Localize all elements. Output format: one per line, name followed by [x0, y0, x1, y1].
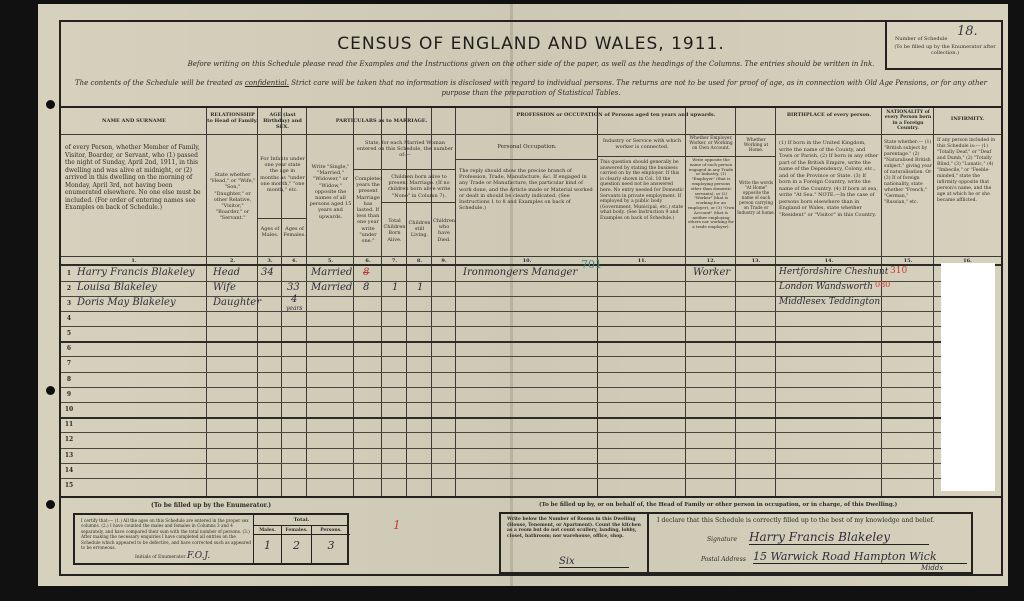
header-personal-desc: The reply should show the precise branch…: [459, 168, 595, 211]
enumerator-initials-label: Initials of Enumerator: [135, 555, 186, 560]
postal-address-value: 15 Warwick Road Hampton Wick: [753, 550, 967, 564]
row-number: 8: [64, 376, 74, 383]
row-divider: [61, 417, 941, 419]
header-nationality: NATIONALITY of every Person born in a Fo…: [882, 110, 934, 132]
colnum-12: 12.: [686, 258, 736, 264]
header-age: AGE (last Birthday) and SEX.: [258, 112, 307, 131]
totals-males-value: 1: [254, 535, 281, 552]
footer-section: (To be filled up by the Enumerator.) I c…: [61, 496, 1001, 576]
declaration-box: I declare that this Schedule is correctl…: [649, 512, 973, 574]
totals-females-cell: Females. 2: [282, 526, 312, 563]
col-years-married: [354, 108, 382, 498]
row-number: 11: [64, 421, 74, 428]
person-relationship: Head: [213, 267, 240, 278]
header-relationship-desc: State whether "Head," or "Wife," "Son," …: [209, 172, 256, 222]
header-relationship-label: RELATIONSHIP to Head of Family.: [207, 112, 258, 124]
person-children-born: 1: [392, 282, 398, 293]
row-number: 4: [64, 315, 74, 322]
header-married-woman-desc: State, for each Married Woman entered on…: [356, 140, 454, 159]
totals-persons-cell: Persons. 3: [312, 526, 350, 563]
row-divider: [61, 326, 941, 327]
header-years-married-desc: Completed years the present Marriage has…: [355, 176, 381, 244]
person-birthplace: Hertfordshire Cheshunt: [779, 267, 888, 277]
header-divider: [258, 218, 307, 219]
header-relationship: RELATIONSHIP to Head of Family.: [207, 112, 258, 124]
header-birthplace-desc: (1) If born in the United Kingdom, write…: [779, 140, 879, 218]
person-age-female: 4: [291, 294, 297, 305]
census-schedule-page: CENSUS OF ENGLAND AND WALES, 1911. Befor…: [38, 4, 1008, 586]
row-divider: [61, 463, 941, 464]
colnum-10: 10.: [456, 258, 598, 264]
colnum-1: 1.: [61, 258, 207, 264]
header-nationality-label: NATIONALITY of every Person born in a Fo…: [885, 110, 932, 131]
person-relationship: Daughter: [213, 297, 261, 308]
col-occupation: [456, 108, 598, 498]
header-age-females: Ages of Females.: [282, 226, 307, 238]
confidential-suffix: Strict care will be taken that no inform…: [289, 79, 987, 97]
row-divider: [61, 311, 941, 312]
col-died: [432, 108, 456, 498]
form-title: CENSUS OF ENGLAND AND WALES, 1911.: [61, 34, 1001, 54]
row-number: 2: [64, 285, 74, 292]
signature-label: Signature: [707, 536, 737, 543]
census-table: NAME AND SURNAME of every Person, whethe…: [61, 106, 1001, 496]
colnum-15: 15.: [882, 258, 934, 264]
header-divider: [598, 156, 776, 157]
punch-hole: [46, 100, 55, 109]
header-birthplace: BIRTHPLACE of every person.: [776, 112, 882, 118]
red-tally-mark: 1: [393, 518, 401, 532]
instruction-line: Before writing on this Schedule please r…: [61, 60, 1001, 68]
person-age-male: 34: [261, 267, 274, 278]
row-divider: [61, 387, 941, 388]
header-marriage-label: PARTICULARS as to MARRIAGE.: [336, 118, 428, 124]
row-divider: [61, 478, 941, 479]
header-birthplace-label: BIRTHPLACE of every person.: [787, 112, 871, 118]
header-children-desc: Children born alive to present Marriage.…: [383, 174, 455, 199]
header-infirmity: INFIRMITY.: [934, 116, 1001, 122]
colnum-4: 4.: [282, 258, 307, 264]
schedule-number-label: Number of Schedule: [895, 36, 947, 42]
header-home: Whether Working at Home.: [737, 138, 775, 153]
row-number: 15: [64, 482, 74, 489]
header-nationality-desc: State whether:— (1) "British subject by …: [884, 140, 932, 206]
person-age-unit: years: [286, 305, 302, 312]
header-name: NAME AND SURNAME: [61, 118, 207, 124]
header-divider: [354, 169, 456, 170]
totals-females-value: 2: [282, 535, 311, 552]
punch-hole: [46, 386, 55, 395]
header-marriage: PARTICULARS as to MARRIAGE.: [307, 118, 456, 124]
header-occupation: PROFESSION or OCCUPATION of Persons aged…: [456, 112, 776, 118]
row-number: 7: [64, 360, 74, 367]
colnum-6: 6.: [354, 258, 382, 264]
row-divider: [61, 372, 941, 373]
totals-persons-value: 3: [312, 535, 350, 552]
colnum-9: 9.: [432, 258, 456, 264]
postal-address-label: Postal Address: [701, 556, 746, 563]
postal-address-county: Middx: [921, 564, 943, 572]
person-name: Harry Francis Blakeley: [77, 267, 195, 278]
signature-value: Harry Francis Blakeley: [749, 530, 929, 545]
header-name-desc: of every Person, whether Member of Famil…: [65, 144, 205, 212]
header-name-label: NAME AND SURNAME: [102, 118, 166, 124]
row-number: 12: [64, 436, 74, 443]
person-name: Doris May Blakeley: [77, 297, 176, 308]
household-section-title: (To be filled up by, or on behalf of, th…: [539, 502, 897, 508]
row-number: 10: [64, 406, 74, 413]
confidentiality-notice: The contents of the Schedule will be tre…: [73, 78, 989, 98]
header-died: Children who have Died.: [432, 218, 456, 243]
header-condition-desc: Write "Single," "Married," "Widower," or…: [309, 164, 352, 220]
header-home-desc: Write the words "At Home" opposite the n…: [737, 180, 775, 215]
declaration-text: I declare that this Schedule is correctl…: [657, 517, 934, 524]
header-age-label: AGE (last Birthday) and SEX.: [263, 112, 302, 130]
rooms-box: Write below the Number of Rooms in this …: [499, 512, 649, 574]
row-number: 6: [64, 345, 74, 352]
totals-persons-label: Persons.: [312, 526, 350, 535]
row-number: 1: [64, 270, 74, 277]
colnum-11: 11.: [598, 258, 686, 264]
rooms-value: Six: [559, 556, 629, 568]
totals-females-label: Females.: [282, 526, 311, 535]
schedule-number-value: 18.: [957, 24, 978, 39]
header-divider: [61, 256, 1001, 257]
birthplace-code: 080: [875, 280, 890, 289]
colnum-7: 7.: [382, 258, 407, 264]
row-divider: [61, 432, 941, 433]
colnum-8: 8.: [407, 258, 432, 264]
colnum-5: 5.: [307, 258, 354, 264]
row-number: 5: [64, 330, 74, 337]
header-employer: Whether Employer, Worker, or Working on …: [687, 136, 735, 151]
row-number: 3: [64, 300, 74, 307]
enumerator-certificate-box: I certify that:— (1.) All the ages on th…: [73, 513, 349, 565]
header-infirmity-desc: If any person included in this Schedule …: [937, 138, 997, 204]
col-born-alive: [382, 108, 407, 498]
row-divider: [61, 402, 941, 403]
header-age-desc: For Infants under one year state the age…: [260, 156, 305, 193]
header-total-born: Total Children Born Alive.: [382, 218, 407, 243]
row-number: 14: [64, 467, 74, 474]
totals-males-cell: Males. 1: [254, 526, 282, 563]
header-age-males: Ages of Males.: [258, 226, 282, 238]
row-divider: [61, 448, 941, 449]
header-divider: [61, 264, 1001, 266]
colnum-13: 13.: [736, 258, 776, 264]
person-occupation: Ironmongers Manager: [463, 267, 577, 278]
punch-hole: [46, 500, 55, 509]
person-years-married: 8: [363, 282, 369, 293]
colnum-3: 3.: [258, 258, 282, 264]
header-divider: [61, 134, 1001, 135]
totals-table: Total. Males. 1 Females. 2 Persons. 3: [253, 515, 349, 563]
person-name: Louisa Blakeley: [77, 282, 157, 293]
row-divider: [61, 341, 941, 343]
header-living: Children still Living.: [407, 220, 432, 239]
colnum-2: 2.: [207, 258, 258, 264]
form-frame: CENSUS OF ENGLAND AND WALES, 1911. Befor…: [59, 20, 1003, 576]
person-age-female: 33: [287, 282, 300, 293]
header-industry-desc: This question should generally be answer…: [600, 160, 684, 222]
person-condition: Married: [311, 282, 352, 293]
person-relationship: Wife: [213, 282, 236, 293]
header-personal-occupation: Personal Occupation.: [456, 144, 598, 150]
row-number: 13: [64, 452, 74, 459]
col-home: [736, 108, 776, 498]
header-infirmity-label: INFIRMITY.: [951, 116, 984, 122]
totals-males-label: Males.: [254, 526, 281, 535]
header-divider: [382, 202, 456, 203]
person-condition: Married: [311, 267, 352, 278]
schedule-number-note: (To be filled up by the Enumerator after…: [893, 44, 997, 56]
header-industry: Industry or Service with which worker is…: [600, 138, 684, 150]
occupation-code: 701: [581, 258, 602, 271]
person-children-living: 1: [417, 282, 423, 293]
totals-header: Total.: [254, 517, 349, 526]
col-living: [407, 108, 432, 498]
enumerator-certification-text: I certify that:— (1.) All the ages on th…: [81, 518, 256, 550]
person-years-married: 8: [363, 267, 369, 278]
schedule-number-box: Number of Schedule 18. (To be filled up …: [885, 20, 1003, 70]
rooms-instruction: Write below the Number of Rooms in this …: [507, 517, 647, 539]
person-employer-status: Worker: [693, 267, 730, 278]
person-birthplace: London Wandsworth: [779, 282, 873, 292]
confidential-word: confidential.: [245, 79, 289, 87]
enumerator-initials-value: F.O.J.: [187, 551, 210, 561]
confidential-prefix: The contents of the Schedule will be tre…: [75, 79, 245, 87]
header-employer-desc: Write opposite the name of each person e…: [687, 158, 735, 230]
header-divider: [456, 159, 598, 160]
person-birthplace: Middlesex Teddington: [779, 297, 880, 307]
birthplace-code: 310: [890, 266, 907, 276]
row-divider: [61, 356, 941, 357]
enumerator-section-title: (To be filled up by the Enumerator.): [151, 502, 271, 509]
header-occupation-label: PROFESSION or OCCUPATION of Persons aged…: [517, 112, 716, 118]
redacted-infirmity-area: [941, 263, 995, 491]
colnum-14: 14.: [776, 258, 882, 264]
row-number: 9: [64, 391, 74, 398]
